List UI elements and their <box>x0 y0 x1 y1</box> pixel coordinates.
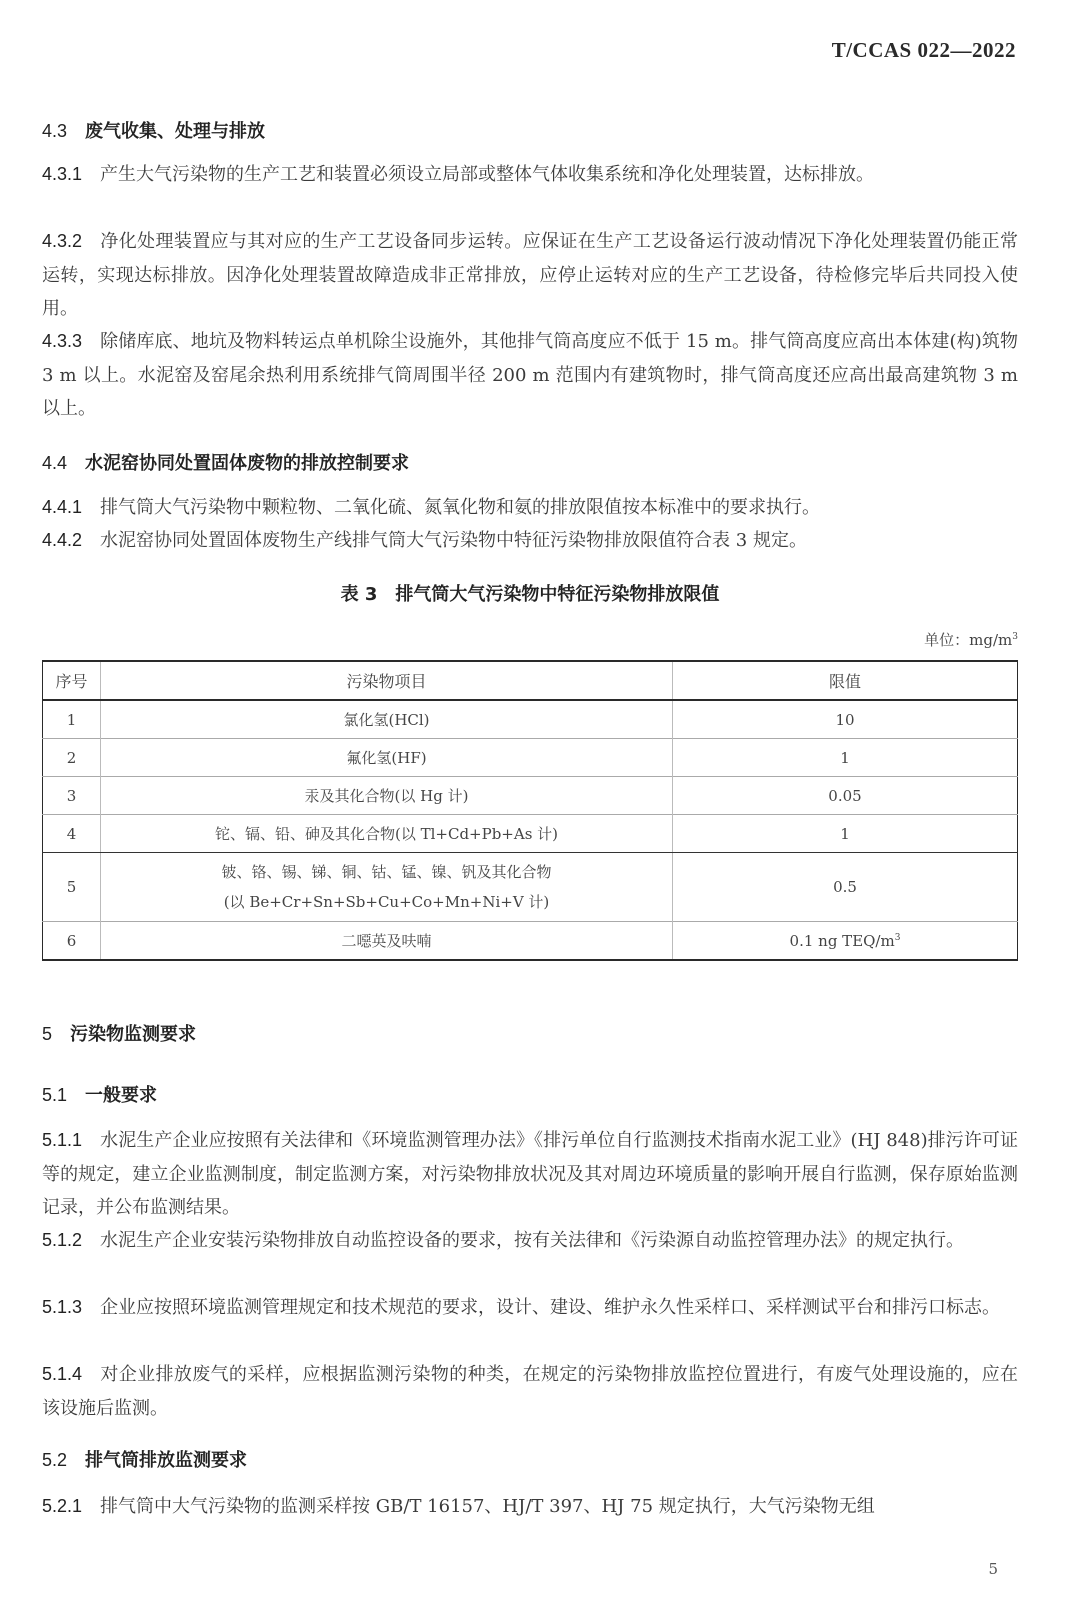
clause-4-3-1: 4.3.1产生大气污染物的生产工艺和装置必须设立局部或整体气体收集系统和净化处理… <box>42 158 1018 192</box>
section-number: 5.1 <box>42 1085 67 1106</box>
clause-5-1-3: 5.1.3企业应按照环境监测管理规定和技术规范的要求，设计、建设、维护永久性采样… <box>42 1291 1018 1325</box>
column-header-limit: 限值 <box>673 661 1018 700</box>
clause-text: 除储库底、地坑及物料转运点单机除尘设施外，其他排气筒高度应不低于 15 m。排气… <box>42 331 1018 419</box>
clause-number: 5.2.1 <box>42 1496 82 1516</box>
clause-number: 5.1.1 <box>42 1130 82 1150</box>
clause-4-3-2: 4.3.2净化处理装置应与其对应的生产工艺设备同步运转。应保证在生产工艺设备运行… <box>42 225 1018 326</box>
clause-5-2-1: 5.2.1排气筒中大气污染物的监测采样按 GB/T 16157、HJ/T 397… <box>42 1490 1018 1524</box>
clause-number: 4.3.3 <box>42 331 82 351</box>
cell-no: 6 <box>43 922 101 961</box>
clause-text: 产生大气污染物的生产工艺和装置必须设立局部或整体气体收集系统和净化处理装置，达标… <box>100 164 874 185</box>
cell-limit: 0.05 <box>673 777 1018 815</box>
table-header-row: 序号 污染物项目 限值 <box>43 661 1018 700</box>
table-row: 6 二噁英及呋喃 0.1 ng TEQ/m3 <box>43 922 1018 961</box>
clause-4-4-2: 4.4.2水泥窑协同处置固体废物生产线排气筒大气污染物中特征污染物排放限值符合表… <box>42 524 1018 558</box>
table-title: 排气筒大气污染物中特征污染物排放限值 <box>395 584 719 605</box>
clause-4-4-1: 4.4.1排气筒大气污染物中颗粒物、二氧化硫、氮氧化物和氨的排放限值按本标准中的… <box>42 491 1018 525</box>
clause-text: 排气筒中大气污染物的监测采样按 GB/T 16157、HJ/T 397、HJ 7… <box>100 1496 875 1517</box>
clause-text: 水泥生产企业安装污染物排放自动监控设备的要求，按有关法律和《污染源自动监控管理办… <box>100 1230 964 1251</box>
cell-item: 氯化氢(HCl) <box>101 700 673 739</box>
clause-5-1-2: 5.1.2水泥生产企业安装污染物排放自动监控设备的要求，按有关法律和《污染源自动… <box>42 1224 1018 1258</box>
cell-limit: 10 <box>673 700 1018 739</box>
clause-text: 排气筒大气污染物中颗粒物、二氧化硫、氮氧化物和氨的排放限值按本标准中的要求执行。 <box>100 497 820 518</box>
section-title: 排气筒排放监测要求 <box>85 1450 247 1471</box>
cell-no: 1 <box>43 700 101 739</box>
section-title: 水泥窑协同处置固体废物的排放控制要求 <box>85 453 409 474</box>
section-title: 废气收集、处理与排放 <box>85 121 265 142</box>
cell-no: 5 <box>43 853 101 922</box>
cell-item-line1: 铍、铬、锡、锑、铜、钴、锰、镍、钒及其化合物 <box>101 857 672 887</box>
section-number: 4.4 <box>42 453 67 474</box>
table-row: 4 铊、镉、铅、砷及其化合物(以 Tl+Cd+Pb+As 计) 1 <box>43 815 1018 853</box>
cell-item: 铍、铬、锡、锑、铜、钴、锰、镍、钒及其化合物 (以 Be+Cr+Sn+Sb+Cu… <box>101 853 673 922</box>
section-title: 一般要求 <box>85 1085 157 1106</box>
table-label: 表 3 <box>341 584 378 605</box>
section-heading-5: 5污染物监测要求 <box>42 1020 196 1046</box>
clause-number: 4.3.2 <box>42 231 82 251</box>
table-unit: 单位：mg/m3 <box>924 629 1018 650</box>
cell-limit: 0.5 <box>673 853 1018 922</box>
cell-item: 氟化氢(HF) <box>101 739 673 777</box>
clause-number: 4.3.1 <box>42 164 82 184</box>
column-header-no: 序号 <box>43 661 101 700</box>
section-number: 5 <box>42 1024 52 1045</box>
table-row: 2 氟化氢(HF) 1 <box>43 739 1018 777</box>
clause-text: 对企业排放废气的采样，应根据监测污染物的种类，在规定的污染物排放监控位置进行，有… <box>42 1364 1018 1419</box>
section-heading-4-3: 4.3废气收集、处理与排放 <box>42 117 265 143</box>
cell-limit: 0.1 ng TEQ/m3 <box>673 922 1018 961</box>
section-title: 污染物监测要求 <box>70 1024 196 1045</box>
clause-number: 4.4.1 <box>42 497 82 517</box>
clause-5-1-4: 5.1.4对企业排放废气的采样，应根据监测污染物的种类，在规定的污染物排放监控位… <box>42 1358 1018 1425</box>
cell-limit: 1 <box>673 739 1018 777</box>
clause-number: 4.4.2 <box>42 530 82 550</box>
section-heading-4-4: 4.4水泥窑协同处置固体废物的排放控制要求 <box>42 449 409 475</box>
clause-number: 5.1.4 <box>42 1364 82 1384</box>
table-row: 1 氯化氢(HCl) 10 <box>43 700 1018 739</box>
section-number: 4.3 <box>42 121 67 142</box>
cell-item: 二噁英及呋喃 <box>101 922 673 961</box>
table-row: 3 汞及其化合物(以 Hg 计) 0.05 <box>43 777 1018 815</box>
clause-number: 5.1.3 <box>42 1297 82 1317</box>
table-row: 5 铍、铬、锡、锑、铜、钴、锰、镍、钒及其化合物 (以 Be+Cr+Sn+Sb+… <box>43 853 1018 922</box>
section-number: 5.2 <box>42 1450 67 1471</box>
clause-text: 水泥生产企业应按照有关法律和《环境监测管理办法》《排污单位自行监测技术指南水泥工… <box>42 1130 1018 1218</box>
clause-text: 水泥窑协同处置固体废物生产线排气筒大气污染物中特征污染物排放限值符合表 3 规定… <box>100 530 807 551</box>
clause-4-3-3: 4.3.3除储库底、地坑及物料转运点单机除尘设施外，其他排气筒高度应不低于 15… <box>42 325 1018 426</box>
cell-item-line2: (以 Be+Cr+Sn+Sb+Cu+Co+Mn+Ni+V 计) <box>101 887 672 917</box>
cell-no: 3 <box>43 777 101 815</box>
emission-limits-table: 序号 污染物项目 限值 1 氯化氢(HCl) 10 2 氟化氢(HF) 1 3 … <box>42 660 1018 961</box>
clause-5-1-1: 5.1.1水泥生产企业应按照有关法律和《环境监测管理办法》《排污单位自行监测技术… <box>42 1124 1018 1225</box>
cell-no: 2 <box>43 739 101 777</box>
section-heading-5-2: 5.2排气筒排放监测要求 <box>42 1446 247 1472</box>
page-number: 5 <box>988 1560 998 1578</box>
standard-code: T/CCAS 022—2022 <box>832 38 1016 63</box>
clause-number: 5.1.2 <box>42 1230 82 1250</box>
cell-no: 4 <box>43 815 101 853</box>
column-header-item: 污染物项目 <box>101 661 673 700</box>
cell-item: 铊、镉、铅、砷及其化合物(以 Tl+Cd+Pb+As 计) <box>101 815 673 853</box>
cell-limit: 1 <box>673 815 1018 853</box>
clause-text: 净化处理装置应与其对应的生产工艺设备同步运转。应保证在生产工艺设备运行波动情况下… <box>42 231 1018 319</box>
clause-text: 企业应按照环境监测管理规定和技术规范的要求，设计、建设、维护永久性采样口、采样测… <box>100 1297 1000 1318</box>
section-heading-5-1: 5.1一般要求 <box>42 1081 157 1107</box>
table-caption: 表 3排气筒大气污染物中特征污染物排放限值 <box>42 580 1018 606</box>
cell-item: 汞及其化合物(以 Hg 计) <box>101 777 673 815</box>
